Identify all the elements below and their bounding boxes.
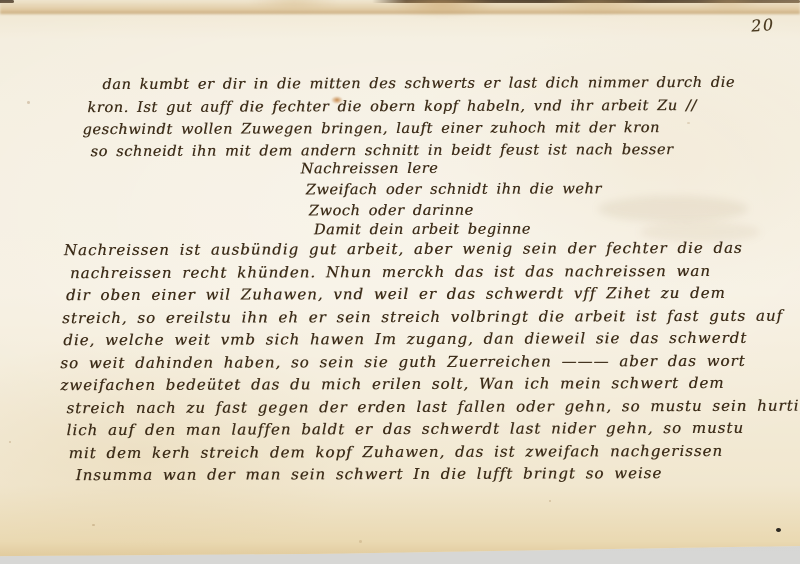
text-line: geschwindt wollen Zuwegen bringen, lauft…	[82, 120, 660, 138]
text-line: lich auf den man lauffen baldt er das sc…	[66, 419, 744, 439]
text-line: so weit dahinden haben, so sein sie guth…	[60, 352, 745, 372]
text-line: streich, so ereilstu ihn eh er sein stre…	[62, 307, 783, 328]
text-line: dan kumbt er dir in die mitten des schwe…	[102, 75, 735, 93]
verse-line: Zwoch oder darinne	[309, 203, 474, 220]
text-line: mit dem kerh streich dem kopf Zuhawen, d…	[69, 442, 724, 462]
text-line: Insumma wan der man sein schwert In die …	[76, 464, 663, 484]
verse-line: Nachreissen lere	[301, 161, 439, 177]
text-line: so schneidt ihn mit dem andern schnitt i…	[91, 142, 674, 160]
text-line: nachreissen recht khünden. Nhun merckh d…	[70, 262, 711, 282]
text-line: streich nach zu fast gegen der erden las…	[66, 397, 800, 418]
photo-background: 20 dan kumbt er dir in die mitten des sc…	[0, 0, 800, 564]
text-line: zweifachen bedeütet das du mich erilen s…	[60, 374, 724, 394]
manuscript-page: 20 dan kumbt er dir in die mitten des sc…	[0, 0, 800, 564]
page-number: 20	[750, 15, 775, 36]
text-line: Nachreissen ist ausbündig gut arbeit, ab…	[64, 239, 743, 259]
verse-line: Zweifach oder schnidt ihn die wehr	[306, 181, 602, 198]
text-line: die, welche weit vmb sich hawen Im zugan…	[63, 329, 747, 349]
text-line: dir oben einer wil Zuhawen, vnd weil er …	[66, 284, 726, 304]
handwritten-text-block: 20 dan kumbt er dir in die mitten des sc…	[0, 0, 800, 564]
text-line: kron. Ist gut auff die fechter die obern…	[87, 98, 697, 116]
verse-line: Damit dein arbeit beginne	[314, 222, 531, 239]
